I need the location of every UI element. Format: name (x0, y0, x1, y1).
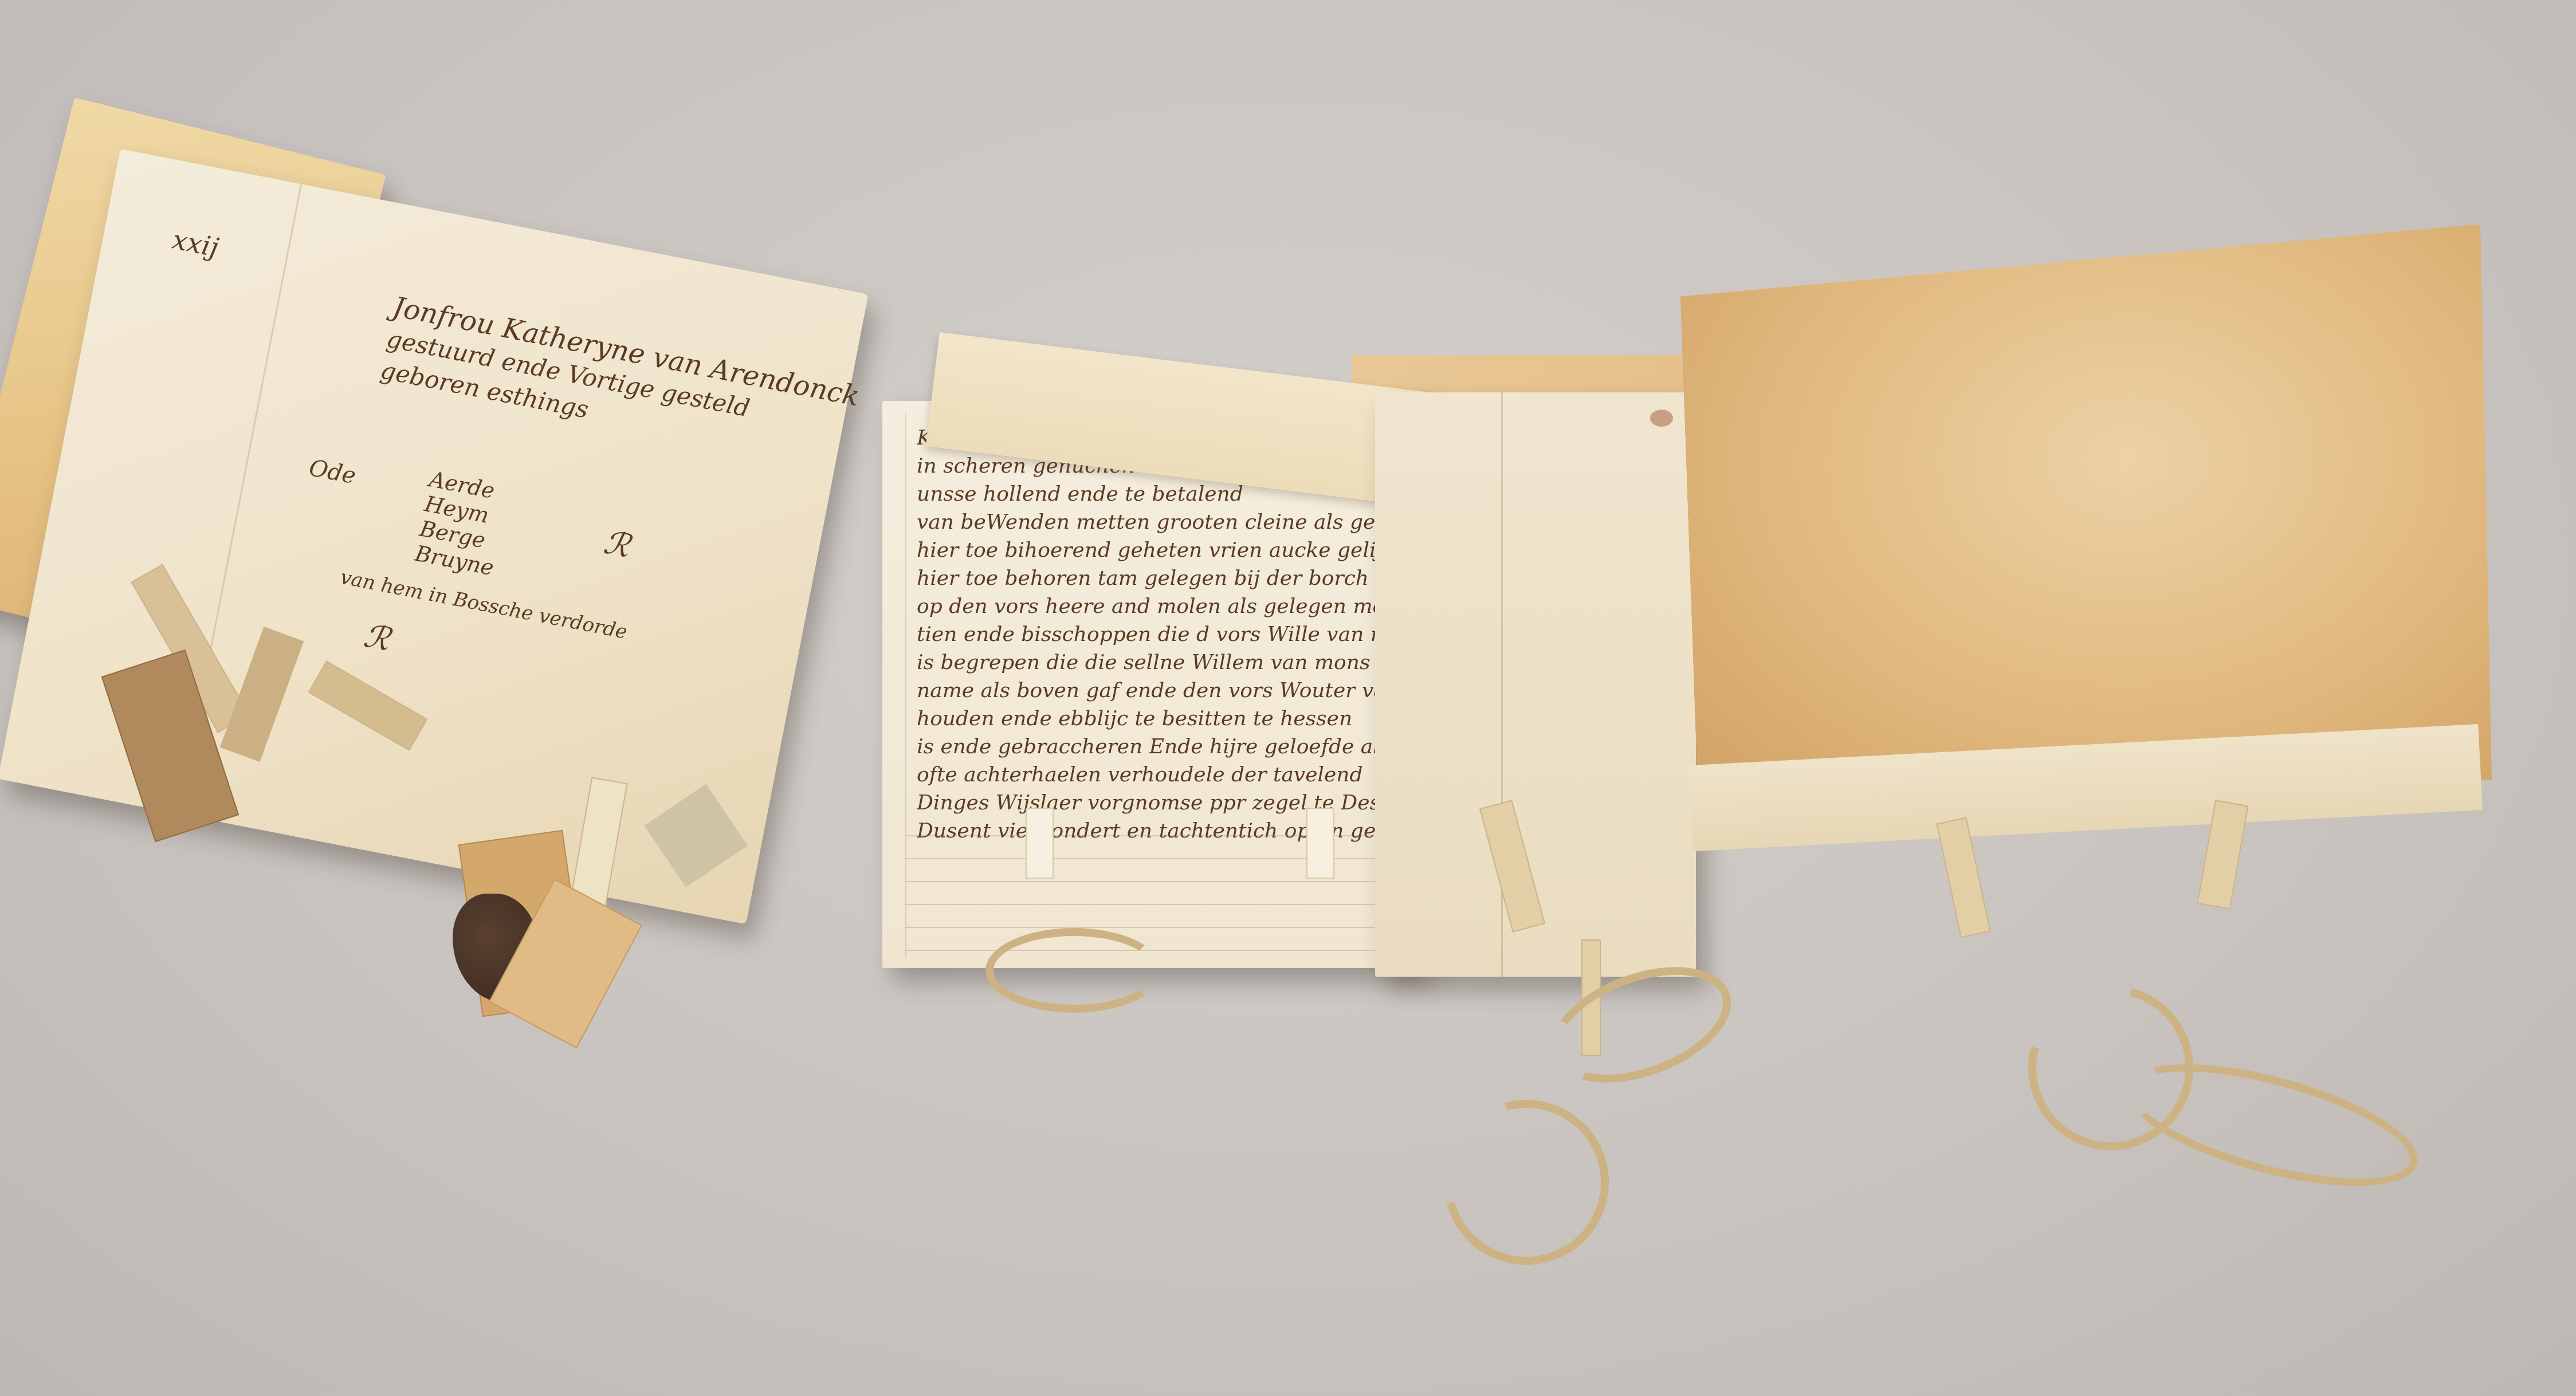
endorsement-block: Jonfrou Katheryne van Arendonck gestuurd… (378, 290, 862, 476)
text-line: hier toe bihoerend geheten vrien aucke g… (917, 536, 1421, 564)
text-line: is ende gebraccheren Ende hijre geloefde… (917, 733, 1421, 761)
marks-column: Aerde Heym Berge Bruyne (413, 466, 511, 580)
text-line: name als boven gaf ende den vors Wouter … (917, 677, 1421, 705)
corner-fold (644, 784, 747, 887)
text-line: van beWenden metten grooten cleine als g… (917, 508, 1421, 536)
marginal-note: xxij (170, 224, 222, 263)
tag-slot (1306, 808, 1334, 879)
text-line: is begrepen die die sellne Willem van mo… (917, 648, 1421, 677)
text-line: ofte achterhaelen verhoudele der tavelen… (917, 761, 1421, 789)
text-line: hier toe behoren tam gelegen bij der bor… (917, 564, 1421, 592)
flourish-mark: ℛ (361, 617, 393, 658)
ribbon-curl (1413, 1069, 1639, 1295)
flourish-mark: ℛ (600, 524, 633, 565)
mark-ode: Ode (307, 455, 358, 490)
text-line: tien ende bisschoppen die d vors Wille v… (917, 620, 1421, 648)
ink-stain (1650, 410, 1673, 427)
tag-slot (1026, 808, 1054, 879)
right-large-charter (1679, 224, 2500, 807)
left-folded-charter: xxij Jonfrou Katheryne van Arendonck ges… (0, 149, 869, 924)
text-line: op den vors heere and molen als gelegen … (917, 592, 1421, 620)
text-line: Dinges Wijslaer vorgnomse ppr zegel te D… (917, 789, 1421, 817)
ribbon-curl (985, 928, 1162, 1013)
text-line: houden ende ebblijc te besitten te hesse… (917, 705, 1421, 733)
